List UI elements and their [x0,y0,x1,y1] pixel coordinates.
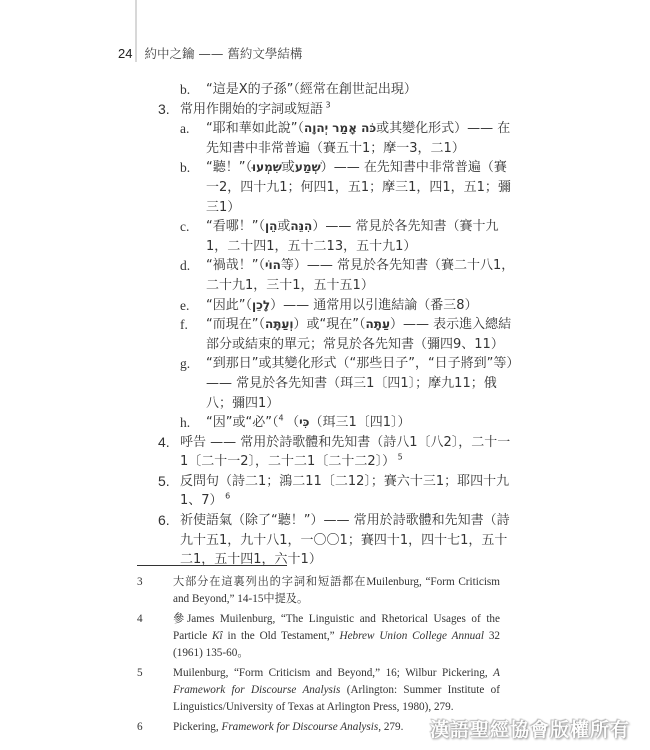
list-item: 5.反問句（詩二1；鴻二11〔二12〕；賽六十三1；耶四十九1、7） 6 [158,472,518,511]
item-text: 或 [277,219,290,234]
list-marker: 4. [158,433,170,453]
hebrew-term: וְעַתָּה [265,317,294,331]
copyright-watermark: 漢語聖經協會版權所有 [430,715,630,742]
citation-title: Framework for Discourse Analysis [221,721,378,733]
sub-list-item: h.“因”或“必”（כִּי） 4（珥三1〔四1〕） [158,413,518,433]
sub-list-item: b.“聽！”（שִׁמְעוּ或שְׁמַע）—— 在先知書中非常普遍（賽一2，… [158,158,518,217]
hebrew-term: שְׁמַע [295,160,321,174]
list-item-text: 呼告 —— 常用於詩歌體和先知書（詩八1〔八2〕，二十一1〔二十一2〕，二十二1… [180,433,518,472]
item-text: 或 [282,160,295,175]
list-marker: 5. [158,472,170,492]
item-text: “聽！”（ [206,160,252,175]
item-text: “到那日”或其變化形式（“那些日子”，“日子將到”等）—— 常見於各先知書（珥三… [206,356,513,410]
footnote-text: Muilenburg, “Form Criticism and Beyond,”… [173,667,493,679]
hebrew-term: לָכֵן [252,298,270,312]
list-item-text: “耶和華如此說”（כֹּה אָמַר יְהוָה或其變化形式）—— 在先知書… [206,119,518,158]
page-number: 24 [118,46,132,61]
hebrew-term: עַתָּה [366,317,390,331]
footnote-text: , 279. [378,721,403,733]
list-marker: a. [180,119,189,139]
list-marker: g. [180,354,190,374]
running-header: 24 約中之鑰 —— 舊約文學結構 [118,44,302,62]
citation-title: Hebrew Union College Annual [339,630,483,642]
citation-title: Kî [212,630,223,642]
footnote-number: 5 [137,665,143,682]
list-item-text: “到那日”或其變化形式（“那些日子”，“日子將到”等）—— 常見於各先知書（珥三… [206,354,518,413]
list-item-text: “這是X的子孫”（經常在創世記出現） [206,80,518,100]
item-text: “而現在”（ [206,317,265,332]
list-item-text: “而現在”（וְעַתָּה）或“現在”（עַתָּה）—— 表示進入總結部分或… [206,315,518,354]
hebrew-term: שִׁמְעוּ [252,160,282,174]
footnote: 3大部分在這裏列出的字詞和短語都在Muilenburg, “Form Criti… [137,574,500,608]
footnote-number: 6 [137,719,143,736]
list-item-text: “聽！”（שִׁמְעוּ或שְׁמַע）—— 在先知書中非常普遍（賽一2，四十… [206,158,518,217]
sub-list-item: d.“禍哉！”（הוֹי等）—— 常見於各先知書（賽二十八1，二十九1，三十1，… [158,256,518,295]
footnote-separator [137,565,287,566]
item-text: ）或“現在”（ [294,317,366,332]
footnote: 4參James Muilenburg, “The Linguistic and … [137,611,500,662]
list-item: 6.祈使語氣（除了“聽！”）—— 常用於詩歌體和先知書（詩九十五1，九十八1，一… [158,511,518,570]
list-marker: h. [180,413,190,433]
sub-list-item: f.“而現在”（וְעַתָּה）或“現在”（עַתָּה）—— 表示進入總結部… [158,315,518,354]
list-item-text: “因”或“必”（כִּי） 4（珥三1〔四1〕） [206,413,518,433]
sub-list-item: g.“到那日”或其變化形式（“那些日子”，“日子將到”等）—— 常見於各先知書（… [158,354,518,413]
sub-list-item: c.“看哪！”（הֵן或הִנֵּה）—— 常見於各先知書（賽十九1，二十四1，… [158,217,518,256]
item-text: “禍哉！”（ [206,258,265,273]
footnote-number: 4 [137,611,143,628]
list-marker: d. [180,256,190,276]
list-marker: 3. [158,100,170,120]
item-text: ）—— 通常用以引進結論（番三8） [270,298,477,313]
footnote-number: 3 [137,574,143,591]
list-marker: f. [180,315,188,335]
footnote-ref: 6 [223,492,231,501]
footnote-text: in the Old Testament,” [223,630,340,642]
hebrew-term: הוֹי [265,258,281,272]
list-item: 4.呼告 —— 常用於詩歌體和先知書（詩八1〔八2〕，二十一1〔二十一2〕，二十… [158,433,518,472]
item-text: ） [286,415,299,430]
list-item-text: “看哪！”（הֵן或הִנֵּה）—— 常見於各先知書（賽十九1，二十四1，五十… [206,217,518,256]
list-marker: 6. [158,511,170,531]
list-item-text: 反問句（詩二1；鴻二11〔二12〕；賽六十三1；耶四十九1、7） 6 [180,472,518,511]
list-marker: e. [180,296,189,316]
footnote: 5Muilenburg, “Form Criticism and Beyond,… [137,665,500,716]
list-item-text: 常用作開始的字詞或短語 3 [180,100,518,120]
sub-list-item: a.“耶和華如此說”（כֹּה אָמַר יְהוָה或其變化形式）—— 在先… [158,119,518,158]
sub-list-item: e.“因此”（לָכֵן）—— 通常用以引進結論（番三8） [158,296,518,316]
hebrew-term: כִּי [299,415,309,429]
hebrew-term: הִנֵּה [290,219,312,233]
list-item-text: “禍哉！”（הוֹי等）—— 常見於各先知書（賽二十八1，二十九1，三十1，五十… [206,256,518,295]
item-text: “這是X的子孫”（經常在創世記出現） [206,82,417,97]
list-marker: b. [180,158,190,178]
item-text: 常用作開始的字詞或短語 [180,102,323,117]
hebrew-term: הֵן [265,219,277,233]
hebrew-term: כֹּה אָמַר יְהוָה [304,121,376,135]
item-text: 呼告 —— 常用於詩歌體和先知書（詩八1〔八2〕，二十一1〔二十一2〕，二十二1… [180,435,510,470]
item-text: “因此”（ [206,298,252,313]
footnote-ref: 4 [278,414,286,423]
list-item: 3.常用作開始的字詞或短語 3 [158,100,518,120]
footnote-ref: 5 [395,453,403,462]
list-marker: c. [180,217,189,237]
item-text: 祈使語氣（除了“聽！”）—— 常用於詩歌體和先知書（詩九十五1，九十八1，一〇〇… [180,513,510,567]
footnote-text: Pickering, [173,721,221,733]
list-marker: b. [180,80,190,100]
item-text: “耶和華如此說”（ [206,121,304,136]
list-item-text: 祈使語氣（除了“聽！”）—— 常用於詩歌體和先知書（詩九十五1，九十八1，一〇〇… [180,511,518,570]
running-title: 約中之鑰 —— 舊約文學結構 [144,46,302,61]
list-item-text: “因此”（לָכֵן）—— 通常用以引進結論（番三8） [206,296,518,316]
footnote-text: 大部分在這裏列出的字詞和短語都在Muilenburg, “Form Critic… [173,576,500,605]
footnote-ref: 3 [323,100,331,109]
item-text: “看哪！”（ [206,219,265,234]
item-text: （珥三1〔四1〕） [309,415,410,430]
item-text: “因”或“必”（ [206,415,278,430]
sub-list-item: b.“這是X的子孫”（經常在創世記出現） [158,80,518,100]
main-text: b.“這是X的子孫”（經常在創世記出現）3.常用作開始的字詞或短語 3a.“耶和… [158,80,518,570]
